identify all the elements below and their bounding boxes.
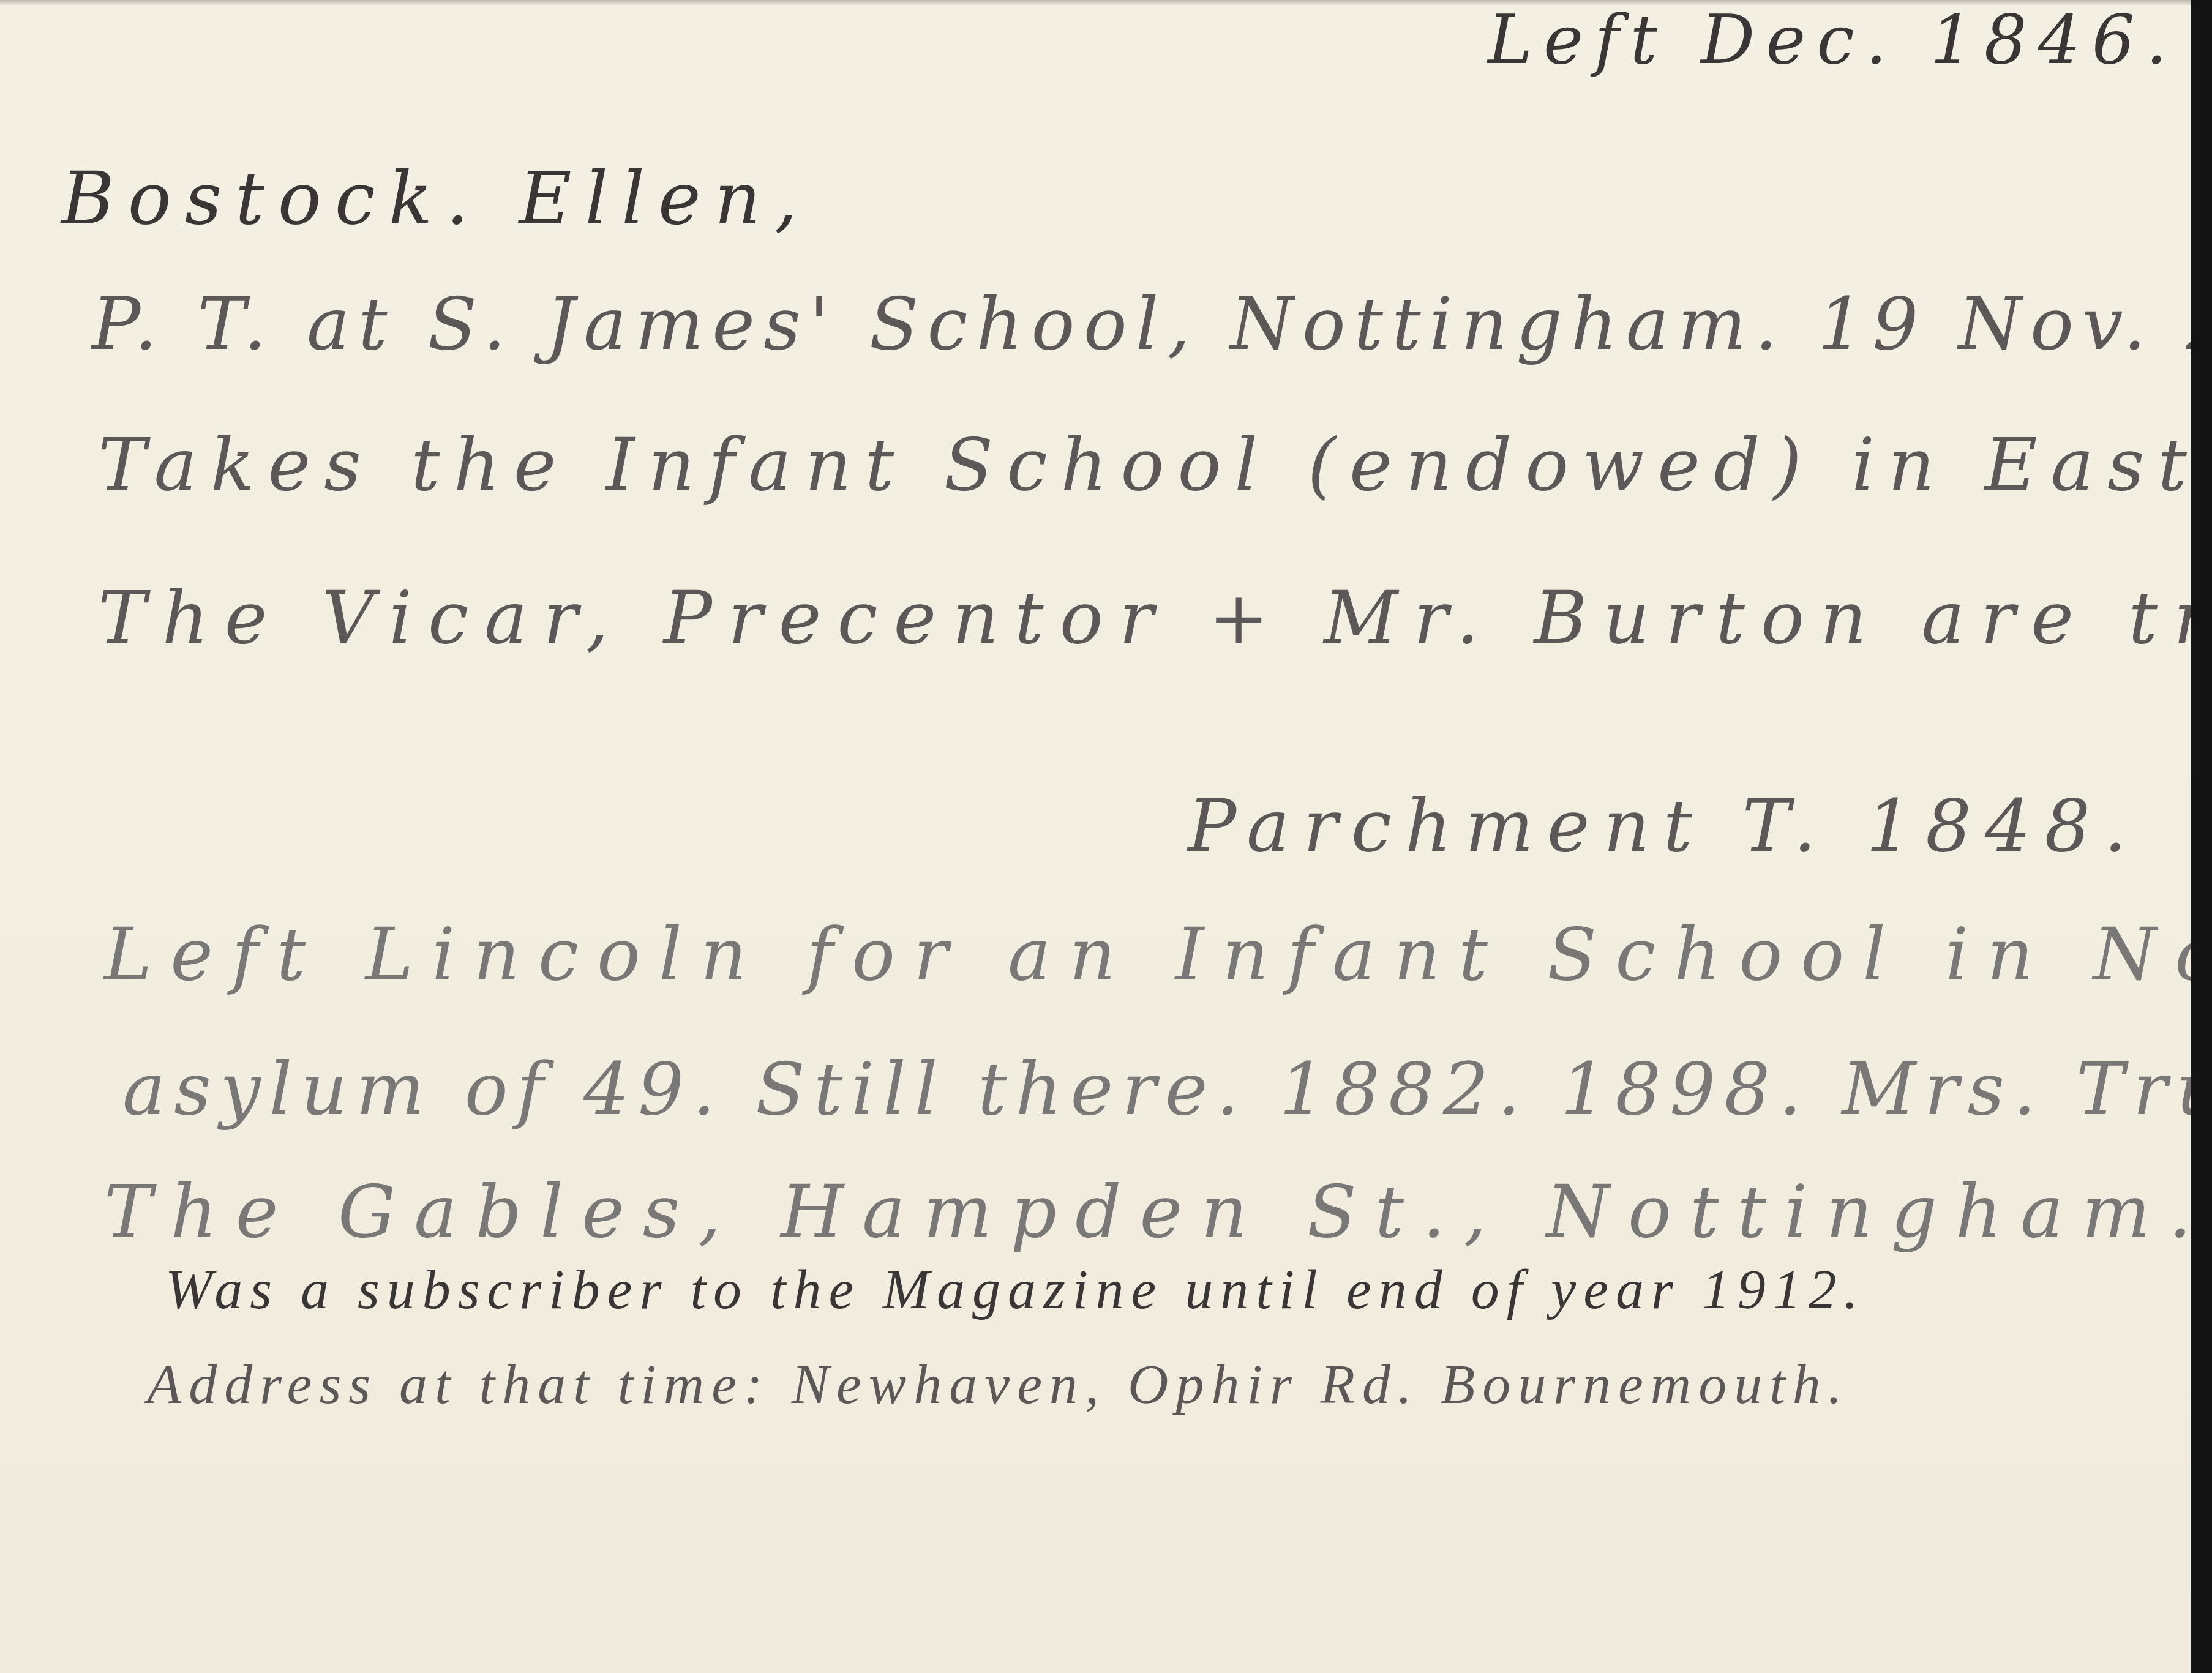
- entry-line-3: The Vicar, Precentor + Mr. Burton are tr…: [98, 582, 2212, 654]
- entry-line-1: P. T. at S. James' School, Nottingham. 1…: [92, 288, 2212, 360]
- later-line-2: asylum of 49. Still there. 1882. 1898. M…: [122, 1053, 2212, 1125]
- entry-line-2: Takes the Infant School (endowed) in Eas…: [98, 429, 2212, 501]
- register-page: Left Dec. 1846. Bostock. Ellen, P. T. at…: [0, 0, 2191, 1673]
- scan-border: [2191, 0, 2212, 1673]
- postscript-line-2: Address at that time: Newhaven, Ophir Rd…: [147, 1356, 1850, 1412]
- header-note: Left Dec. 1846.: [1488, 6, 2178, 73]
- later-line-1: Left Lincoln for an Infant School in Not…: [104, 918, 2212, 990]
- parchment-note: Parchment T. 1848.: [1188, 790, 2140, 862]
- postscript-line-1: Was a subscriber to the Magazine until e…: [165, 1261, 1865, 1317]
- entry-name: Bostock. Ellen,: [61, 162, 811, 234]
- later-line-3: The Gables, Hampden St., Nottingham.: [104, 1175, 2210, 1248]
